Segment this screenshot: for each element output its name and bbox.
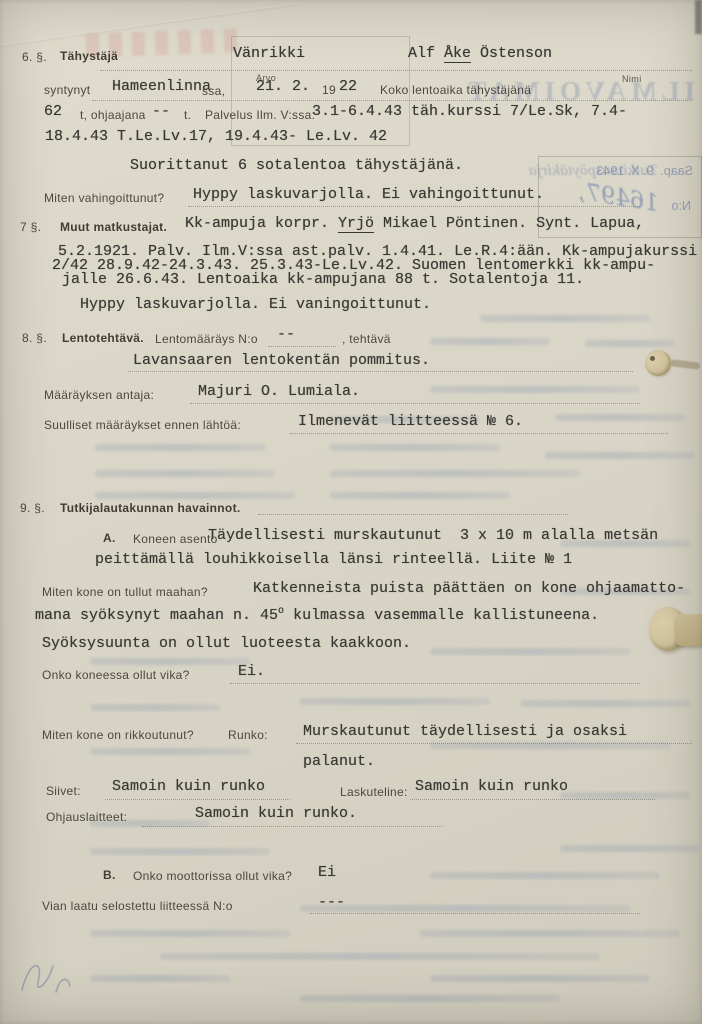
passenger-line1-post: Mikael Pöntinen. Synt. Lapua, <box>374 215 644 232</box>
passenger-injury-line: Hyppy laskuvarjolla. Ei vaningoittunut. <box>80 297 431 312</box>
form-rule <box>296 743 692 744</box>
observer-name-last: Östenson <box>471 45 552 62</box>
wings-caption: Siivet: <box>46 784 81 798</box>
form-rule <box>410 799 655 800</box>
bleedthrough-smear <box>330 444 500 451</box>
bleedthrough-smear <box>300 905 630 912</box>
landing-gear-caption: Laskuteline: <box>340 785 408 799</box>
engine-fault-value: Ei <box>318 865 336 880</box>
bleedthrough-smear <box>560 792 690 799</box>
form-rule <box>258 514 568 515</box>
fuselage-caption: Runko: <box>228 728 268 742</box>
item-a-letter: A. <box>103 531 116 545</box>
impact-line1: Katkenneista puista päättäen on kone ohj… <box>253 581 685 596</box>
passenger-name-underlined: Yrjö <box>338 215 374 233</box>
hours-caption: t, ohjaajana <box>80 108 146 122</box>
section9-number: 9. §. <box>20 501 45 515</box>
bleedthrough-smear <box>480 315 650 322</box>
tan-repair-spot <box>645 350 671 376</box>
passenger-line1: Kk-ampuja korpr. Yrjö Mikael Pöntinen. S… <box>185 216 644 231</box>
section7-number: 7 §. <box>20 220 41 234</box>
tan-repair-spot-dot <box>650 356 655 361</box>
bleedthrough-smear <box>420 930 680 937</box>
bleedthrough-smear <box>90 658 250 665</box>
form-rule <box>128 371 633 372</box>
bleedthrough-smear <box>160 953 600 960</box>
bleedthrough-smear <box>90 748 250 755</box>
aircraft-fault-value: Ei. <box>238 664 265 679</box>
born-place-suffix: ssa, <box>202 84 225 98</box>
observer-hours: 62 <box>44 104 62 119</box>
passenger-line4: jalle 26.6.43. Lentoaika kk-ampujana 88 … <box>62 272 584 287</box>
form-rule <box>92 100 692 101</box>
fuselage-line2: palanut. <box>303 754 375 769</box>
bleedthrough-smear <box>330 492 510 499</box>
landing-gear-value: Samoin kuin runko <box>415 779 568 794</box>
stamp-number-handwritten: 16497, <box>577 179 661 217</box>
task-value: Lavansaaren lentokentän pommitus. <box>133 353 430 368</box>
scanned-accident-report-page: ILMAVOIMAT Tutkimuspöytäkirja Saap. 9. X… <box>0 0 702 1024</box>
section8-number: 8. §. <box>22 331 47 345</box>
tape-blob-edge <box>676 614 702 646</box>
bleedthrough-smear <box>555 414 685 421</box>
stamp-received-line: Saap. 9. X. 1943 <box>596 164 693 178</box>
name-caption: Nimi <box>622 74 642 84</box>
bleedthrough-smear <box>430 648 630 655</box>
order-issuer-caption: Määräyksen antaja: <box>44 388 154 402</box>
task-caption: , tehtävä <box>342 332 391 346</box>
bleedthrough-smear <box>90 975 230 982</box>
breakage-caption: Miten kone on rikkoutunut? <box>42 728 194 742</box>
verbal-orders-value: Ilmenevät liitteessä № 6. <box>298 414 523 429</box>
pilot-hours-caption: t. <box>184 108 191 122</box>
stamp-number-label: N:o <box>672 199 691 213</box>
controls-caption: Ohjauslaitteet: <box>46 810 127 824</box>
wings-value: Samoin kuin runko <box>112 779 265 794</box>
injury-value: Hyppy laskuvarjolla. Ei vahingoittunut. <box>193 187 544 202</box>
fault-appendix-value: --- <box>318 895 345 910</box>
born-place: Hameenlinna <box>112 79 211 94</box>
injury-caption: Miten vahingoittunut? <box>44 191 164 205</box>
bleedthrough-smear <box>300 698 490 705</box>
mission-label: Lentotehtävä. <box>62 331 144 345</box>
tan-repair-spot-tail <box>671 359 701 369</box>
aircraft-position-line2: peittämällä louhikkoisella länsi rinteel… <box>95 552 572 567</box>
form-rule <box>188 206 640 207</box>
pilot-hours: -- <box>152 104 170 119</box>
investigation-label: Tutkijalautakunnan havainnot. <box>60 501 241 515</box>
form-rule <box>268 346 336 347</box>
bleedthrough-smear <box>560 845 700 852</box>
service-caption: Palvelus Ilm. V:ssa: <box>205 108 315 122</box>
bleedthrough-smear <box>95 444 265 451</box>
service-history-line1: 3.1-6.4.43 täh.kurssi 7/Le.Sk, 7.4- <box>312 104 627 119</box>
order-issuer-value: Majuri O. Lumiala. <box>198 384 360 399</box>
form-rule <box>230 683 640 684</box>
born-date: 21. 2. <box>256 79 310 94</box>
degree-superscript: o <box>278 606 284 617</box>
bleedthrough-smear <box>430 975 650 982</box>
born-year: 22 <box>339 79 357 94</box>
section6-number: 6. §. <box>22 50 47 64</box>
service-history-line2: 18.4.43 T.Le.Lv.17, 19.4.43- Le.Lv. 42 <box>45 129 387 144</box>
form-rule <box>310 913 640 914</box>
observer-name: Alf Åke Östenson <box>408 46 552 61</box>
aircraft-position-line1: Täydellisesti murskautunut 3 x 10 m alal… <box>208 528 658 543</box>
bleedthrough-smear <box>90 704 220 711</box>
bleedthrough-smear <box>545 452 695 459</box>
bleedthrough-smear <box>330 470 580 477</box>
bleedthrough-smear <box>430 338 550 345</box>
impact-line2-post: kulmassa vasemmalle kallistuneena. <box>284 607 599 624</box>
impact-line2-pre: mana syöksynyt maahan n. 45 <box>35 607 278 624</box>
page-edge-shadow <box>695 0 702 34</box>
bleedthrough-smear <box>95 470 275 477</box>
bleedthrough-smear <box>520 700 690 707</box>
fuselage-line1: Murskautunut täydellisesti ja osaksi <box>303 724 627 739</box>
flight-order-caption: Lentomääräys N:o <box>155 332 258 346</box>
bleedthrough-smear <box>95 492 295 499</box>
fault-appendix-caption: Vian laatu selostettu liitteessä N:o <box>42 899 233 913</box>
form-rule <box>100 70 692 71</box>
impact-line2: mana syöksynyt maahan n. 45o kulmassa va… <box>35 608 599 623</box>
bleedthrough-smear <box>585 340 675 347</box>
flight-order-number: -- <box>277 327 295 342</box>
total-flight-time-caption: Koko lentoaika tähystäjänä <box>380 83 531 97</box>
pencil-scribble <box>16 946 86 1006</box>
form-rule <box>142 826 442 827</box>
aircraft-position-caption: Koneen asento <box>133 532 218 546</box>
impact-line3: Syöksysuunta on ollut luoteesta kaakkoon… <box>42 636 411 651</box>
bleedthrough-smear <box>90 930 290 937</box>
bleedthrough-smear <box>300 995 560 1002</box>
observer-label: Tähystäjä <box>60 49 118 63</box>
born-century: 19 <box>322 83 336 97</box>
sorties-note: Suorittanut 6 sotalentoa tähystäjänä. <box>130 158 463 173</box>
form-rule <box>290 433 668 434</box>
engine-fault-caption: Onko moottorissa ollut vika? <box>133 869 292 883</box>
passenger-line1-pre: Kk-ampuja korpr. <box>185 215 338 232</box>
impact-caption: Miten kone on tullut maahan? <box>42 585 208 599</box>
passengers-label: Muut matkustajat. <box>60 220 167 234</box>
bleedthrough-smear <box>430 386 640 393</box>
form-rule <box>190 403 640 404</box>
bleedthrough-smear <box>90 848 270 855</box>
born-label: syntynyt <box>44 83 90 97</box>
aircraft-fault-caption: Onko koneessa ollut vika? <box>42 668 190 682</box>
observer-name-first: Alf <box>408 45 444 62</box>
item-b-letter: B. <box>103 868 116 882</box>
observer-name-underlined: Åke <box>444 45 471 63</box>
form-rule <box>105 799 290 800</box>
controls-value: Samoin kuin runko. <box>195 806 357 821</box>
verbal-orders-caption: Suulliset määräykset ennen lähtöä: <box>44 418 241 432</box>
observer-rank: Vänrikki <box>233 46 305 61</box>
bleedthrough-smear <box>430 872 660 879</box>
